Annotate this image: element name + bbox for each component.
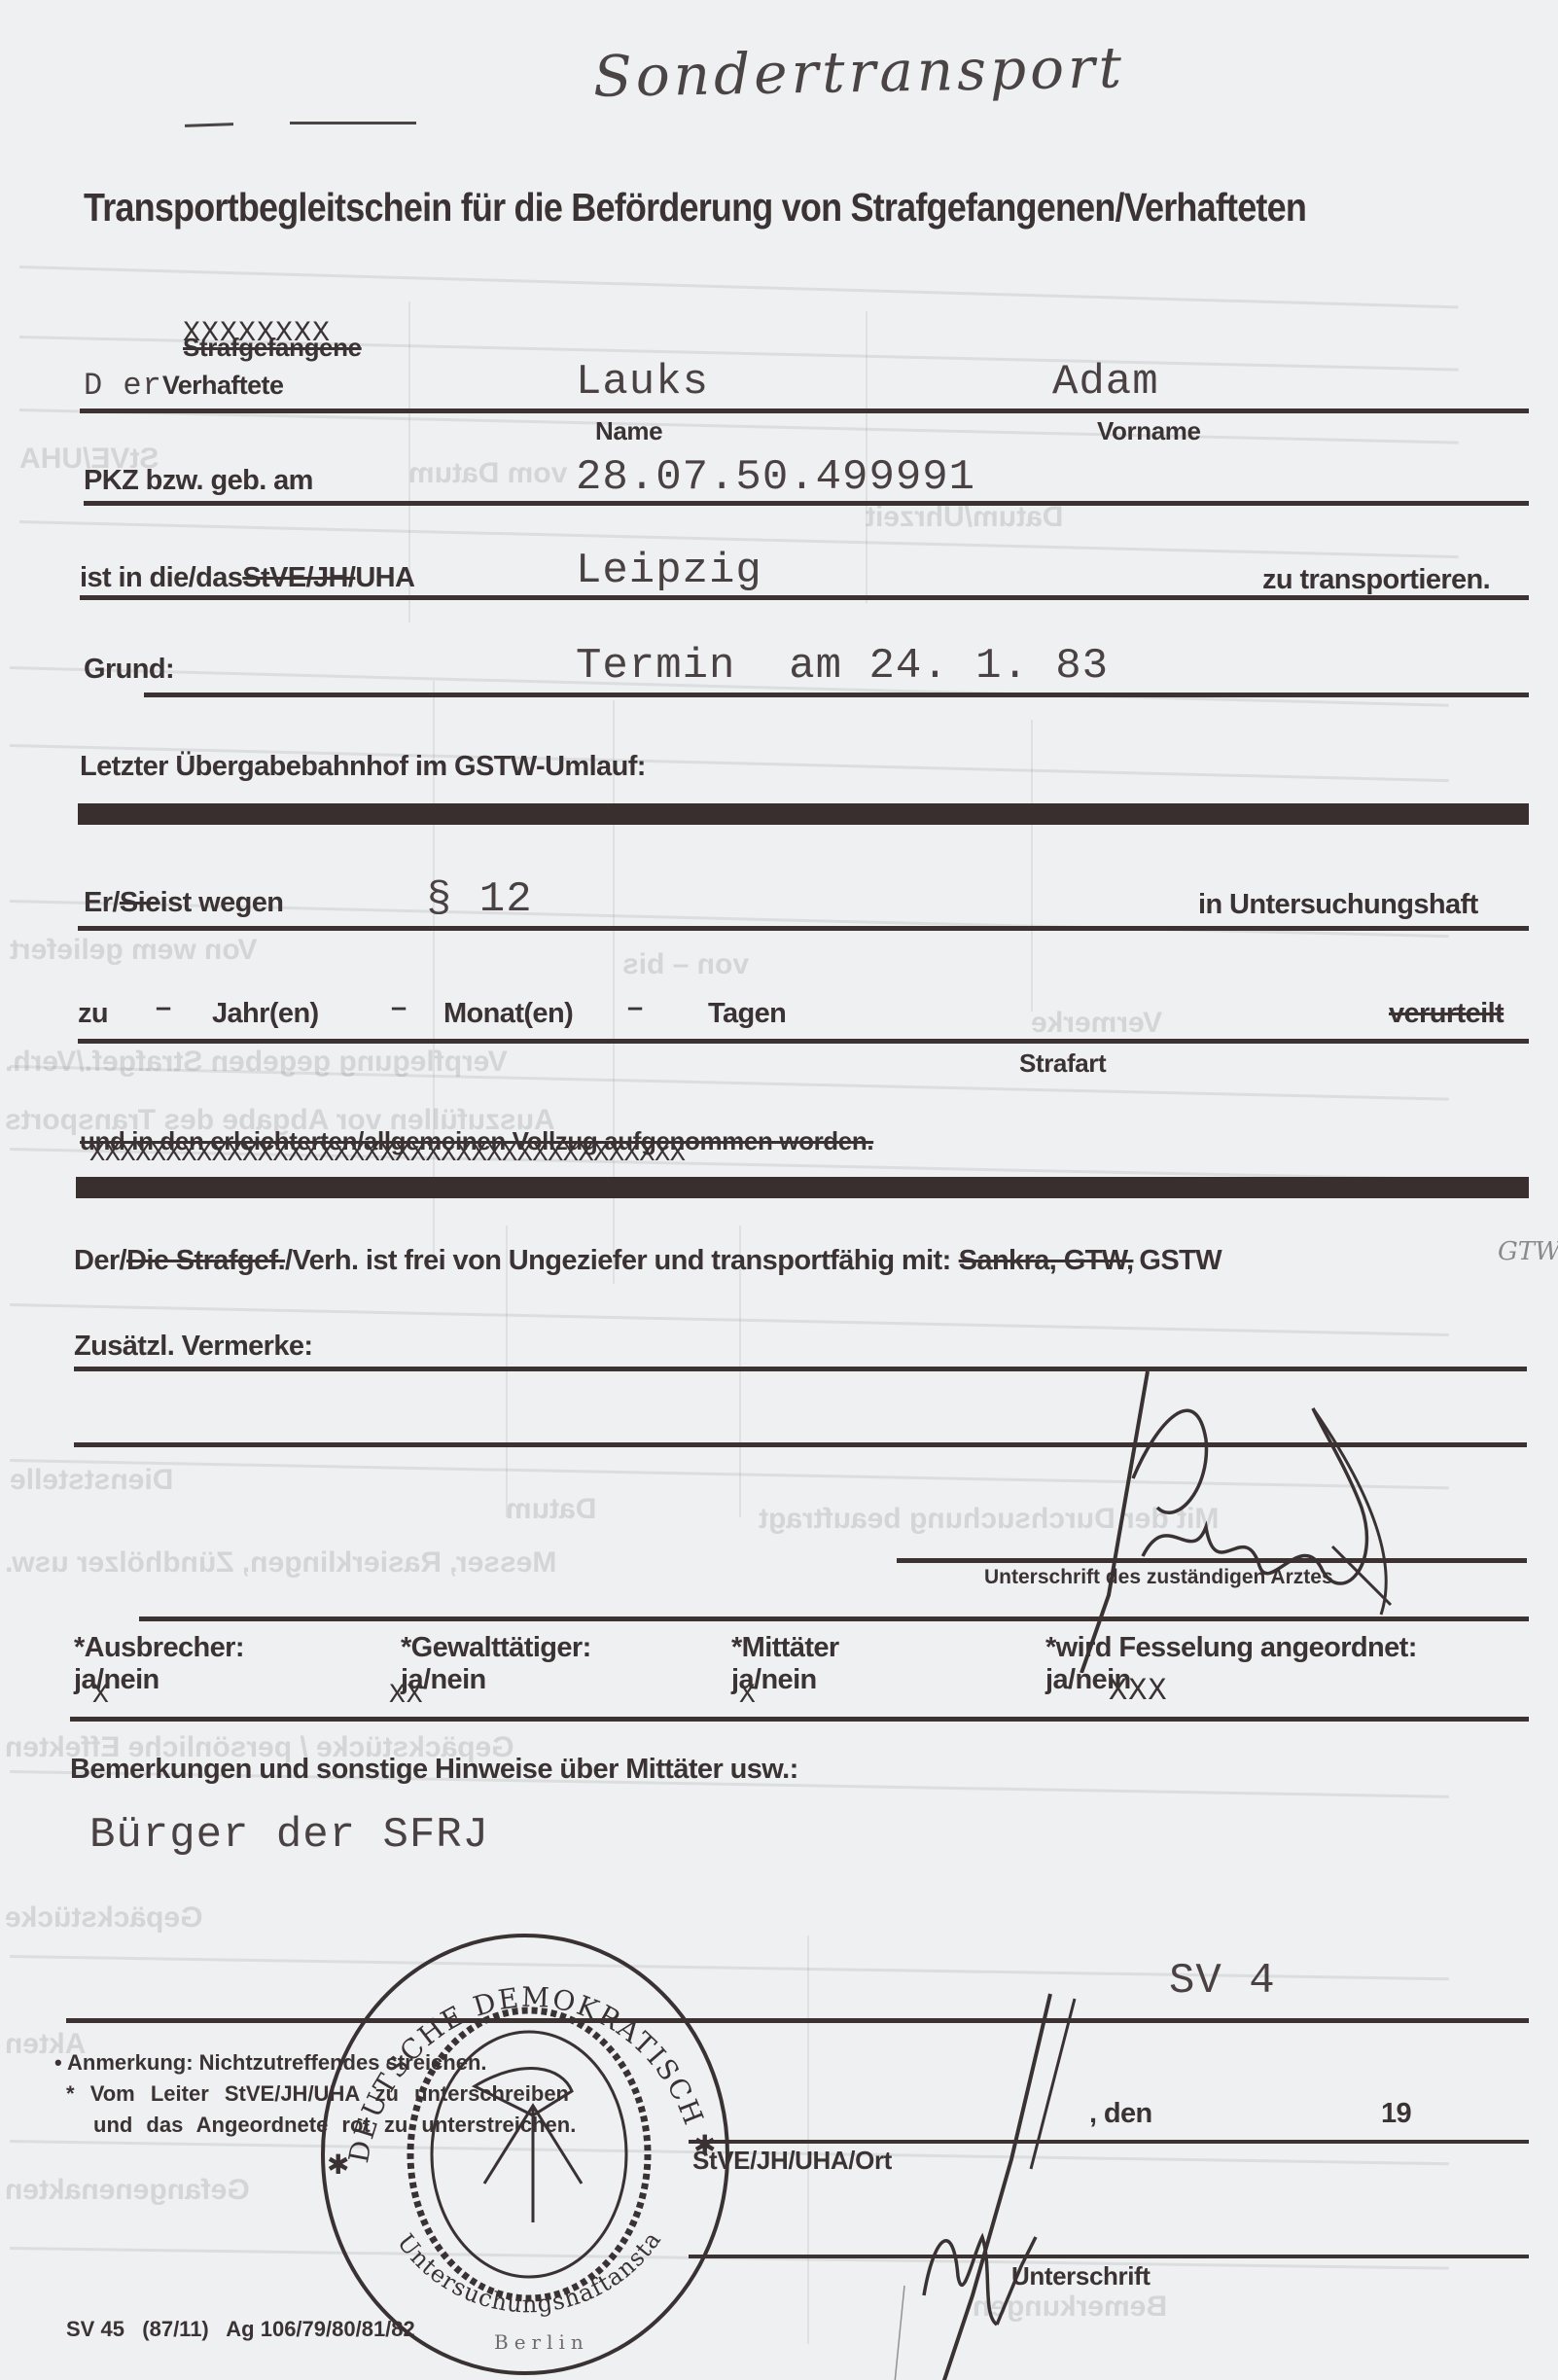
first-name-caption: Vorname: [1097, 416, 1201, 446]
flag-gewalttaetiger-overtype: XX: [389, 1681, 424, 1711]
sentence-caption: Strafart: [1019, 1048, 1106, 1079]
flag-ausbrecher-label: *Ausbrecher:: [74, 1632, 244, 1664]
stamp-ring-text: DEUTSCHE DEMOKRATISCHE REPUBLIK: [309, 1921, 710, 2165]
detention-struck: Sie: [120, 887, 160, 918]
handwritten-underline-left: [185, 123, 233, 127]
months-label: Monat(en): [443, 998, 573, 1030]
detention-label: Er/Sieist wegen: [84, 887, 283, 919]
reason-rule: [144, 693, 1529, 697]
flag-fesselung-options[interactable]: ja/nein: [1045, 1664, 1417, 1696]
handwritten-underline-right: [290, 122, 416, 124]
destination-trailing: zu transportieren.: [1262, 564, 1490, 596]
fitness-value: GSTW: [1139, 1245, 1222, 1276]
execution-overtype: XXXXXXXXXXXXXXXXXXXXXXXXXXXXXXXXXXXXXXX: [89, 1140, 685, 1169]
label-verhaftete: Verhaftete: [162, 371, 284, 400]
destination-label-suffix: UHA: [355, 562, 414, 593]
official-signature: [866, 1974, 1118, 2380]
reference-rule: [66, 2018, 1529, 2023]
days-label: Tagen: [708, 998, 786, 1030]
detention-label-prefix: Er/: [84, 887, 120, 918]
reason-label: Grund:: [84, 654, 174, 686]
flags-top-rule: [139, 1616, 1529, 1621]
years-field[interactable]: –: [156, 992, 171, 1024]
destination-label: ist in die/dasStVE/JH/UHA: [80, 562, 414, 594]
flag-gewalttaetiger-options[interactable]: ja/nein: [401, 1664, 591, 1696]
name-caption: Name: [595, 416, 662, 446]
flag-mittaeter-label: *Mittäter: [731, 1632, 839, 1664]
detention-label-suffix: ist wegen: [160, 887, 284, 918]
name-field[interactable]: Lauks: [576, 358, 709, 407]
typed-prefix: D er: [84, 368, 162, 404]
flag-ausbrecher-overtype: X: [92, 1681, 110, 1711]
official-stamp: DEUTSCHE DEMOKRATISCHE REPUBLIK Untersuc…: [309, 1921, 737, 2378]
destination-struck: StVE/JH/: [242, 562, 355, 593]
reference-code[interactable]: SV 4: [1169, 1957, 1276, 2006]
reason-field[interactable]: Termin am 24. 1. 83: [576, 642, 1109, 691]
asterisk-icon: *: [66, 2081, 90, 2106]
form-title: Transportbegleitschein für die Beförderu…: [84, 185, 1306, 231]
pkz-label: PKZ bzw. geb. am: [84, 465, 313, 497]
fitness-struck: Die Strafgef.: [126, 1245, 285, 1276]
remarks-label: Bemerkungen und sonstige Hinweise über M…: [70, 1754, 798, 1786]
flags-bottom-rule: [70, 1717, 1529, 1722]
fitness-struck-option: Sankra, GTW,: [959, 1245, 1134, 1276]
detention-trailing: in Untersuchungshaft: [1198, 889, 1478, 921]
flag-gewalttaetiger: *Gewalttätiger: ja/nein: [401, 1632, 591, 1696]
years-label: Jahr(en): [212, 998, 319, 1030]
stamp-city: Berlin: [494, 2330, 589, 2354]
sentence-prefix: zu: [78, 998, 108, 1030]
flag-fesselung-label: *wird Fesselung angeordnet:: [1045, 1632, 1417, 1664]
sentence-struck-trailing: verurteilt: [1389, 998, 1504, 1030]
person-prefix: D erVerhaftete: [84, 368, 283, 404]
detention-field[interactable]: § 12: [426, 875, 533, 924]
flag-fesselung-overtype: XXX: [1109, 1673, 1168, 1709]
stamp-star-left: ✱: [327, 2149, 349, 2180]
stamp-star-right: ✱: [693, 2130, 716, 2160]
notes-label: Zusätzl. Vermerke:: [74, 1331, 313, 1363]
destination-rule: [80, 595, 1529, 600]
person-rule: [80, 409, 1529, 413]
fitness-label-prefix: Der/: [74, 1245, 126, 1276]
days-field[interactable]: –: [627, 992, 643, 1024]
destination-field[interactable]: Leipzig: [576, 547, 762, 595]
fitness-handwritten-note: GTW: [1498, 1237, 1558, 1266]
first-name-field[interactable]: Adam: [1052, 358, 1159, 407]
doctor-signature: [1011, 1362, 1420, 1673]
pkz-rule: [84, 501, 1529, 506]
fitness-label-mid: /Verh. ist frei von Ungeziefer und trans…: [285, 1245, 951, 1276]
pkz-field[interactable]: 28.07.50.499991: [576, 453, 975, 502]
months-field[interactable]: –: [391, 992, 407, 1024]
remarks-field[interactable]: Bürger der SFRJ: [89, 1811, 489, 1860]
flag-gewalttaetiger-label: *Gewalttätiger:: [401, 1632, 591, 1664]
destination-label-prefix: ist in die/das: [80, 562, 242, 593]
execution-redaction-bar: [76, 1177, 1529, 1198]
last-station-label: Letzter Übergabebahnhof im GSTW-Umlauf:: [80, 751, 646, 783]
detention-rule: [78, 926, 1529, 931]
struck-label-strafgefangene: Strafgefangene: [183, 333, 362, 363]
handwritten-header: Sondertransport: [592, 34, 1125, 110]
sentence-rule: [78, 1039, 1529, 1044]
year-prefix: 19: [1381, 2098, 1411, 2130]
flag-fesselung: *wird Fesselung angeordnet: ja/nein: [1045, 1632, 1417, 1696]
last-station-redaction-bar: [78, 803, 1529, 825]
bullet-icon: •: [54, 2050, 67, 2075]
fitness-label: Der/Die Strafgef./Verh. ist frei von Ung…: [74, 1245, 1222, 1277]
flag-mittaeter-overtype: X: [739, 1681, 757, 1711]
